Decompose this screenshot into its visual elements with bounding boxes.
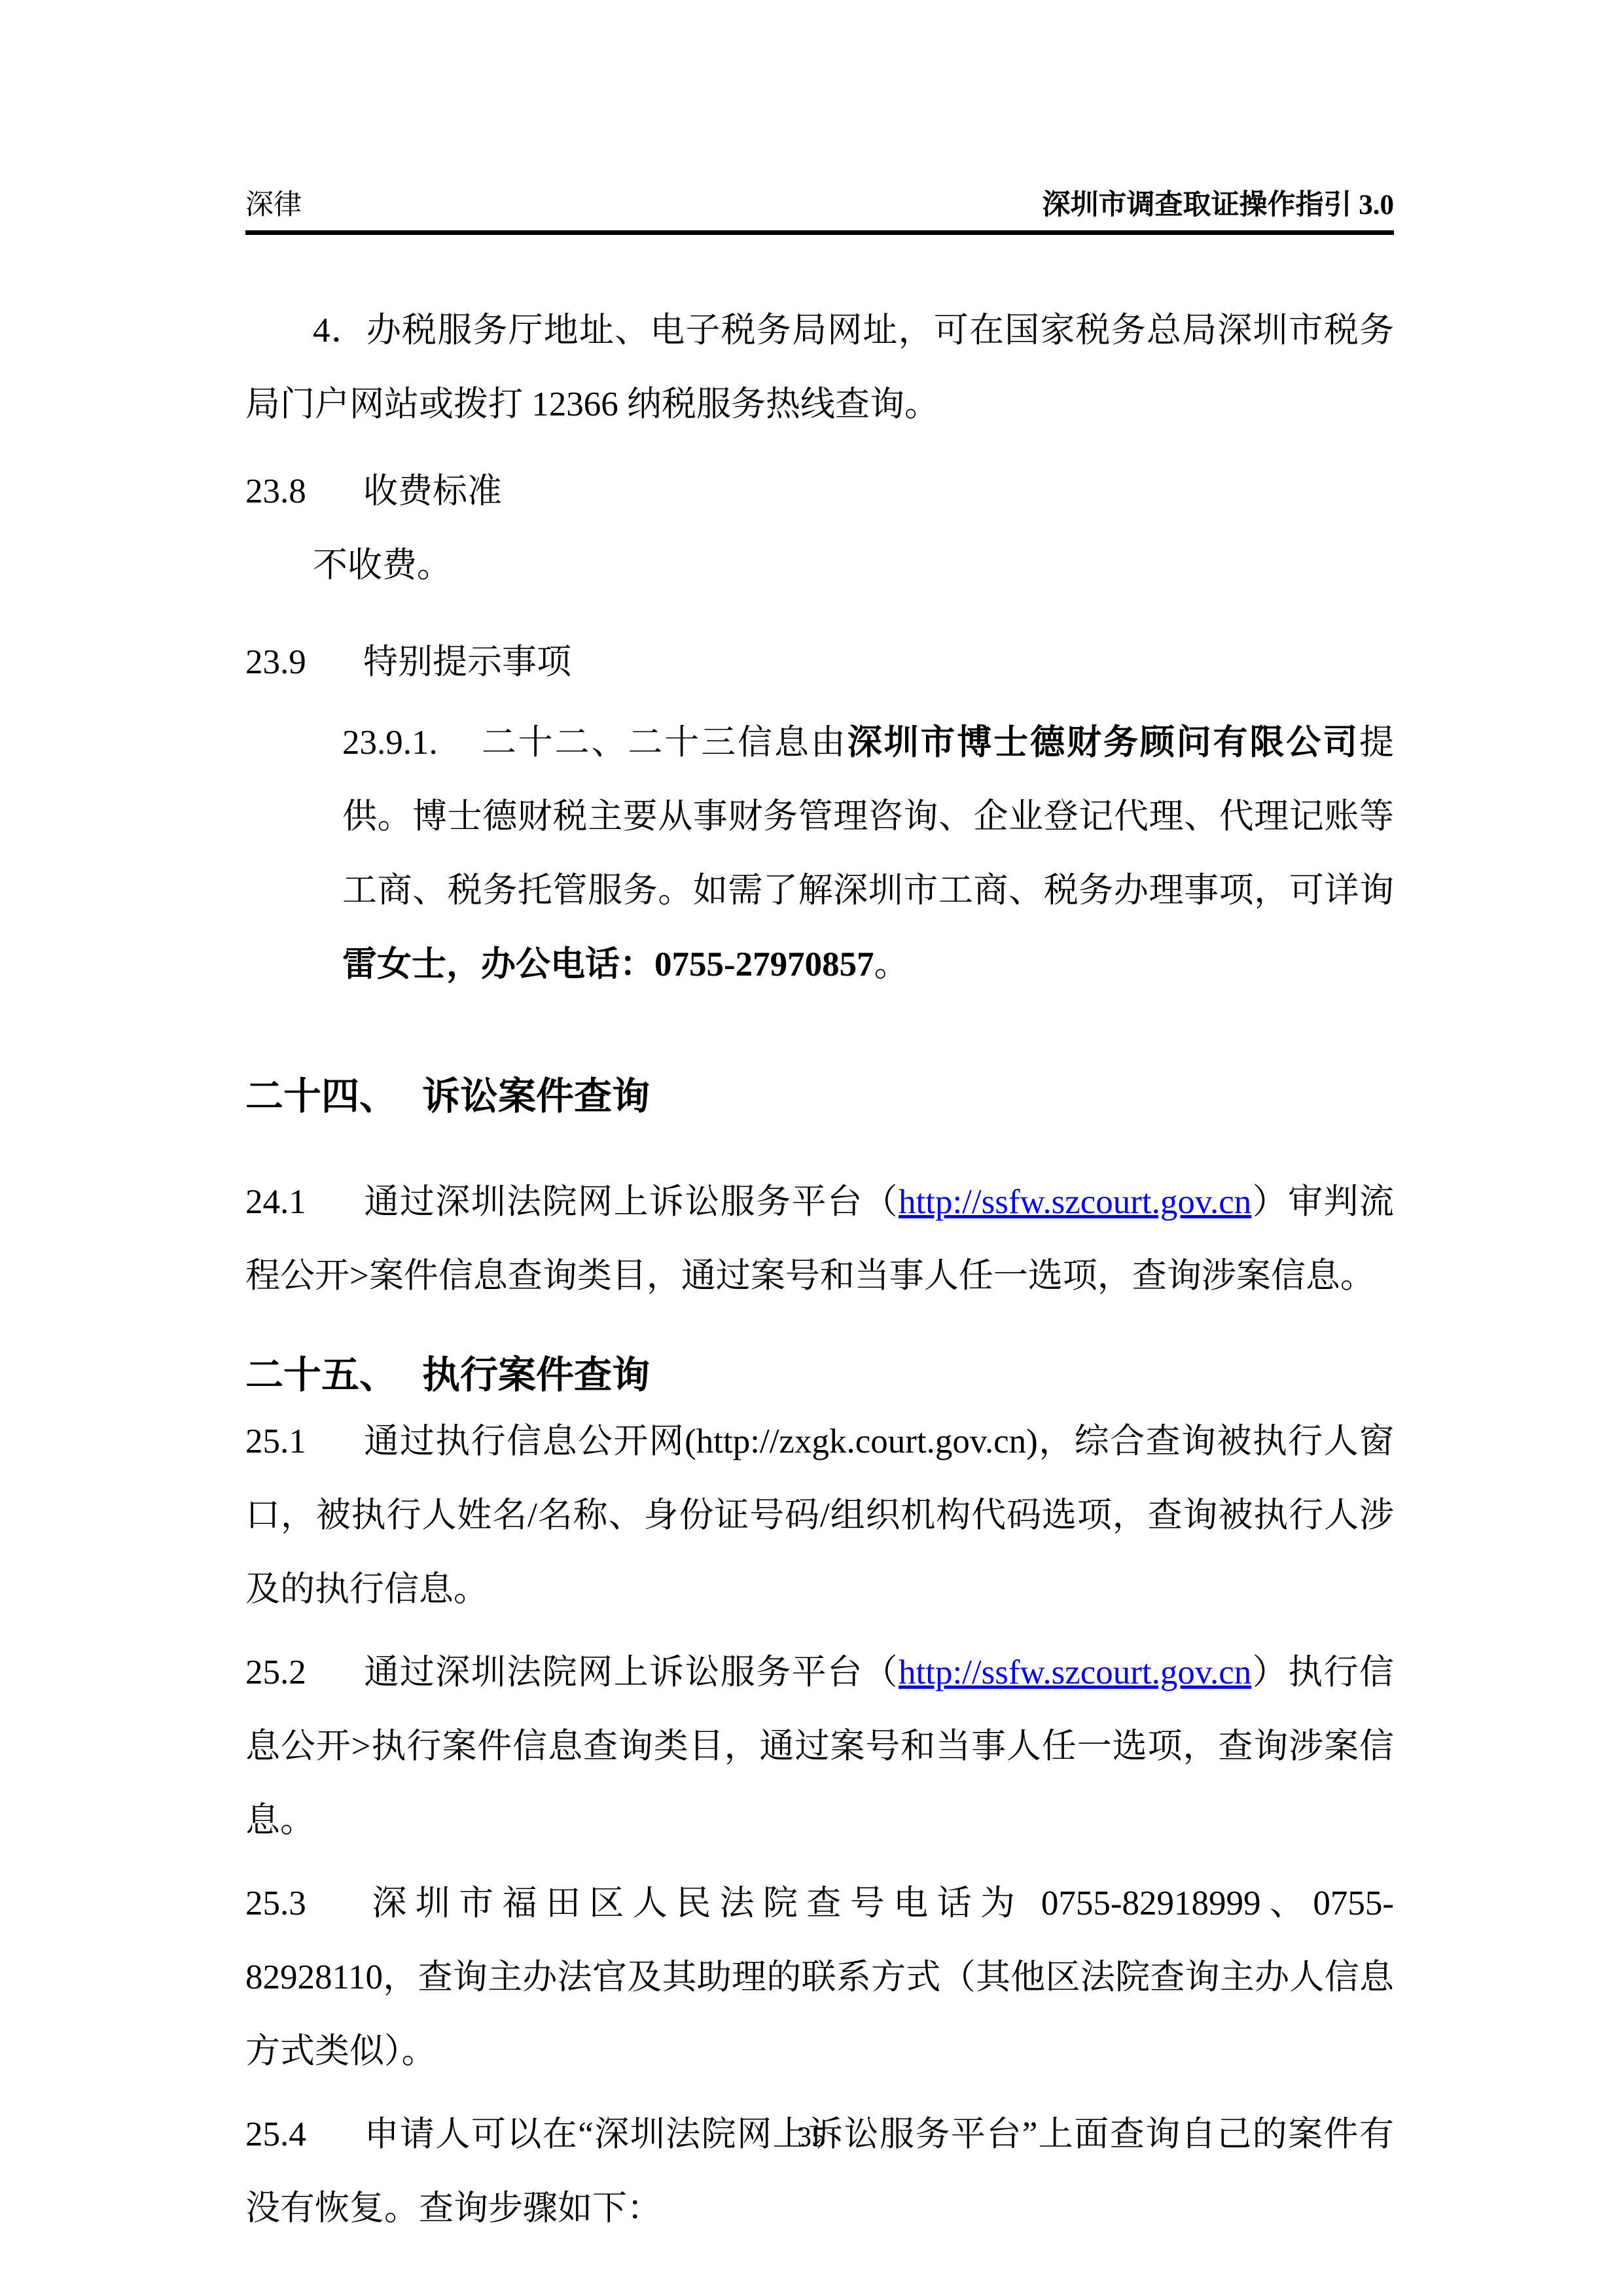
section-23-8-title: 收费标准: [363, 472, 502, 510]
paragraph-25-4: 25.4申请人可以在“深圳法院网上诉讼服务平台”上面查询自己的案件有没有恢复。查…: [245, 2098, 1394, 2246]
paragraph-no-fee: 不收费。: [245, 529, 1394, 603]
paragraph-25-3-text: 深圳市福田区人民法院查号电话为 0755-82918999、0755-82928…: [245, 1884, 1394, 2070]
section-23-9-title: 特别提示事项: [363, 643, 571, 681]
paragraph-24-1-text-1: 通过深圳法院网上诉讼服务平台（: [363, 1183, 899, 1221]
section-24-title: 诉讼案件查询: [422, 1075, 650, 1118]
section-23-8-number: 23.8: [245, 455, 363, 529]
section-23-8: 23.8收费标准: [245, 455, 1394, 529]
paragraph-25-2: 25.2通过深圳法院网上诉讼服务平台（http://ssfw.szcourt.g…: [245, 1636, 1394, 1858]
paragraph-25-2-number: 25.2: [245, 1636, 363, 1710]
paragraph-25-1-number: 25.1: [245, 1405, 363, 1479]
header-document-title: 深圳市调查取证操作指引 3.0: [1043, 188, 1395, 222]
section-25-heading: 二十五、执行案件查询: [245, 1352, 1394, 1398]
paragraph-23-9-1: 23.9.1.二十二、二十三信息由深圳市博士德财务顾问有限公司提供。博士德财税主…: [342, 706, 1394, 1002]
paragraph-tax-service: 4．办税服务厅地址、电子税务局网址，可在国家税务总局深圳市税务局门户网站或拨打 …: [245, 294, 1394, 442]
note-text-1: 二十二、二十三信息由: [480, 724, 847, 762]
page-number: 35: [0, 2121, 1623, 2154]
paragraph-24-1-number: 24.1: [245, 1165, 363, 1239]
section-24-number: 二十四、: [245, 1074, 422, 1120]
paragraph-25-3: 25.3深圳市福田区人民法院查号电话为 0755-82918999、0755-8…: [245, 1867, 1394, 2089]
note-company-name: 深圳市博士德财务顾问有限公司: [847, 724, 1359, 762]
section-25-number: 二十五、: [245, 1352, 422, 1398]
ssfw-court-link[interactable]: http://ssfw.szcourt.gov.cn: [899, 1183, 1251, 1221]
paragraph-25-3-number: 25.3: [245, 1867, 363, 1941]
paragraph-24-1: 24.1通过深圳法院网上诉讼服务平台（http://ssfw.szcourt.g…: [245, 1165, 1394, 1313]
section-24-heading: 二十四、诉讼案件查询: [245, 1074, 1394, 1120]
section-23-9: 23.9特别提示事项: [245, 626, 1394, 699]
paragraph-23-9-1-number: 23.9.1.: [342, 706, 480, 780]
paragraph-25-1: 25.1通过执行信息公开网(http://zxgk.court.gov.cn)，…: [245, 1405, 1394, 1627]
note-contact-phone: 雷女士，办公电话：0755-27970857: [342, 945, 874, 983]
note-text-3: 。: [874, 945, 909, 983]
header-brand: 深律: [245, 188, 302, 222]
paragraph-25-1-text: 通过执行信息公开网(http://zxgk.court.gov.cn)，综合查询…: [245, 1422, 1394, 1608]
ssfw-court-link-2[interactable]: http://ssfw.szcourt.gov.cn: [899, 1653, 1251, 1691]
section-25-title: 执行案件查询: [422, 1354, 650, 1396]
paragraph-25-2-text-1: 通过深圳法院网上诉讼服务平台（: [363, 1653, 899, 1691]
section-23-9-number: 23.9: [245, 626, 363, 699]
page-header: 深律 深圳市调查取证操作指引 3.0: [245, 188, 1394, 235]
document-page: 深律 深圳市调查取证操作指引 3.0 4．办税服务厅地址、电子税务局网址，可在国…: [0, 0, 1623, 2296]
